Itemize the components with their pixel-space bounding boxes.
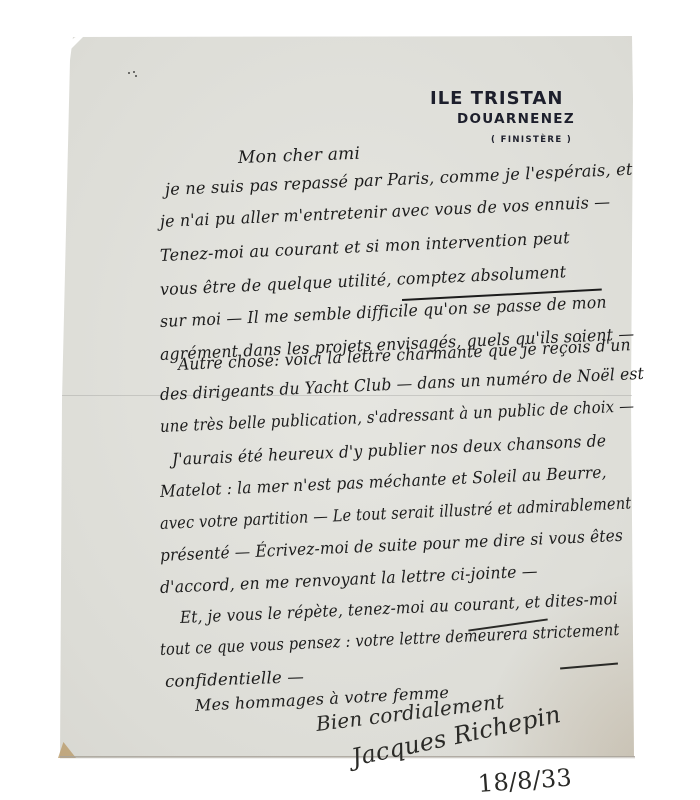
bottom-edge-shadow <box>60 756 635 759</box>
pin-hole-marks <box>128 68 140 78</box>
document-photo: ILE TRISTAN DOUARNENEZ ( FINISTÈRE ) Mon… <box>0 0 700 800</box>
letterhead-region: ( FINISTÈRE ) <box>491 135 572 145</box>
letterhead-name: ILE TRISTAN <box>430 88 563 109</box>
letterhead-town: DOUARNENEZ <box>457 111 575 127</box>
salutation: Mon cher ami <box>238 144 361 168</box>
date: 18/8/33 <box>477 763 573 797</box>
